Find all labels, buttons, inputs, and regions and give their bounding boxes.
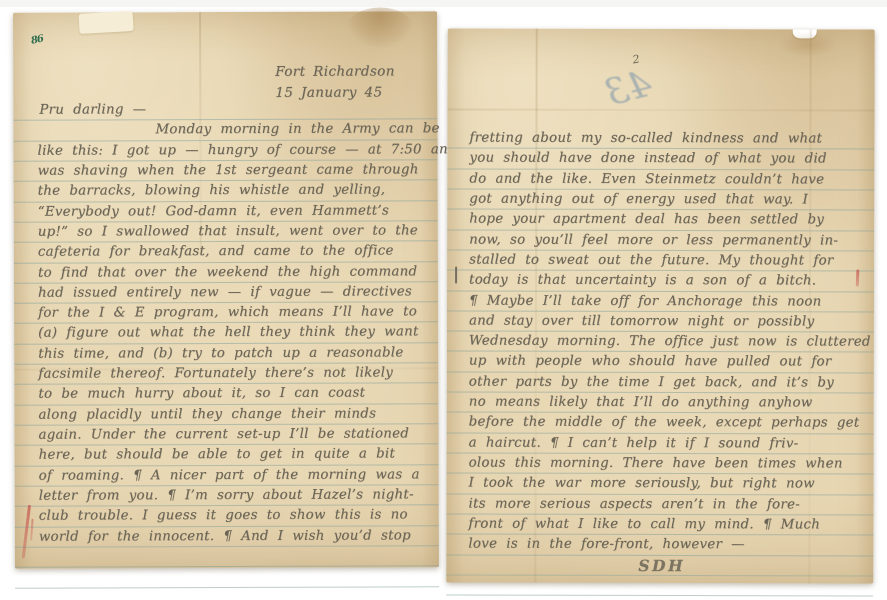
letter-line: the barracks, blowing his whistle and ye… (14, 181, 438, 203)
collector-mark-green: 86 (30, 34, 44, 47)
letter-page-2: 2 43 fretting about my so-called kindnes… (446, 28, 874, 583)
letter-line: no means likely that I’ll do anything an… (447, 393, 874, 414)
letter-line: along placidly until they change their m… (14, 404, 438, 426)
ruled-text-area-page1: Pru darling — Monday morning in the Army… (13, 99, 439, 588)
letter-heading: Fort Richardson 15 January 45 (275, 61, 395, 103)
letter-line: was shaving when the 1st sergeant came t… (14, 160, 438, 182)
letter-line: Wednesday morning. The office just now i… (447, 332, 874, 353)
scan-edge-strip (0, 0, 887, 7)
tape-remnant (79, 11, 134, 34)
page-number: 2 (632, 52, 641, 66)
letter-line: do and the like. Even Steinmetz couldn’t… (447, 169, 874, 190)
letter-line: cafeteria for breakfast, and came to the… (14, 241, 438, 263)
salutation: Pru darling — (13, 99, 437, 121)
ruled-line-empty (446, 575, 873, 596)
letter-line: I took the war more seriously, but right… (447, 474, 874, 495)
ruled-line-empty (15, 546, 439, 568)
letter-line: and stay over till tomorrow night or pos… (447, 311, 874, 332)
letter-line: front of what I like to call my mind. ¶ … (446, 514, 873, 535)
letter-line: again. Under the current set-up I’ll be … (14, 424, 438, 446)
letter-line: club trouble. I guess it goes to show th… (15, 506, 439, 528)
letter-line: today is that uncertainty is a son of a … (447, 271, 874, 292)
paper-stain-top-right (347, 7, 413, 47)
letter-line: a haircut. ¶ I can’t help it if I sound … (447, 433, 874, 454)
letter-line: had issued entirely new — if vague — dir… (14, 282, 438, 304)
letter-line: “Everybody out! God-damn it, even Hammet… (14, 201, 438, 223)
letter-line: ¶ Maybe I’ll take off for Anchorage this… (447, 291, 874, 312)
letter-page-1: 86 Fort Richardson 15 January 45 Pru dar… (13, 11, 439, 568)
ruled-text-area-page2: fretting about my so-called kindness and… (446, 128, 874, 596)
letter-line: stalled to sweat out the future. My thou… (447, 250, 874, 271)
pencil-margin-tick (455, 266, 457, 283)
letter-line: up with people who should have pulled ou… (447, 352, 874, 373)
letter-line: got anything out of energy used that way… (447, 189, 874, 210)
letter-line: of roaming. ¶ A nicer part of the mornin… (15, 465, 439, 487)
paper-stain-top-right (778, 31, 838, 57)
letter-line: facsimile thereof. Fortunately there’s n… (14, 363, 438, 385)
letter-line: you should have done instead of what you… (447, 149, 874, 170)
letter-line: (a) figure out what the hell they think … (14, 323, 438, 345)
letter-line: Monday morning in the Army can be (13, 120, 437, 142)
bleed-through-mark: 43 (601, 64, 655, 115)
ruled-line-empty (15, 566, 439, 588)
letter-line: before the middle of the week, except pe… (447, 413, 874, 434)
letter-line: for the I & E program, which means I’ll … (14, 302, 438, 324)
letter-line: here, but should be able to get in quite… (15, 445, 439, 467)
letter-line: its more serious aspects aren’t in the f… (446, 494, 873, 515)
letter-line: love is in the fore-front, however — (446, 535, 873, 556)
letter-line: world for the innocent. ¶ And I wish you… (15, 526, 439, 548)
letter-line: this time, and (b) try to patch up a rea… (14, 343, 438, 365)
fold-crease-horizontal (448, 108, 875, 111)
letter-line: hope your apartment deal has been settle… (447, 210, 874, 231)
letter-line: like this: I got up — hungry of course —… (13, 140, 437, 162)
letter-line: letter from you. ¶ I’m sorry about Hazel… (15, 485, 439, 507)
letter-line: fretting about my so-called kindness and… (447, 128, 874, 149)
letter-line: up!” so I swallowed that insult, went ov… (14, 221, 438, 243)
signature: SDH (446, 555, 873, 576)
letter-line: to be much hurry about it, so I can coas… (14, 384, 438, 406)
heading-place: Fort Richardson (275, 61, 395, 82)
letter-line: to find that over the weekend the high c… (14, 262, 438, 284)
letter-line: other parts by the time I get back, and … (447, 372, 874, 393)
letter-line: now, so you’ll feel more or less permane… (447, 230, 874, 251)
letter-line: olous this morning. There have been time… (447, 453, 874, 474)
